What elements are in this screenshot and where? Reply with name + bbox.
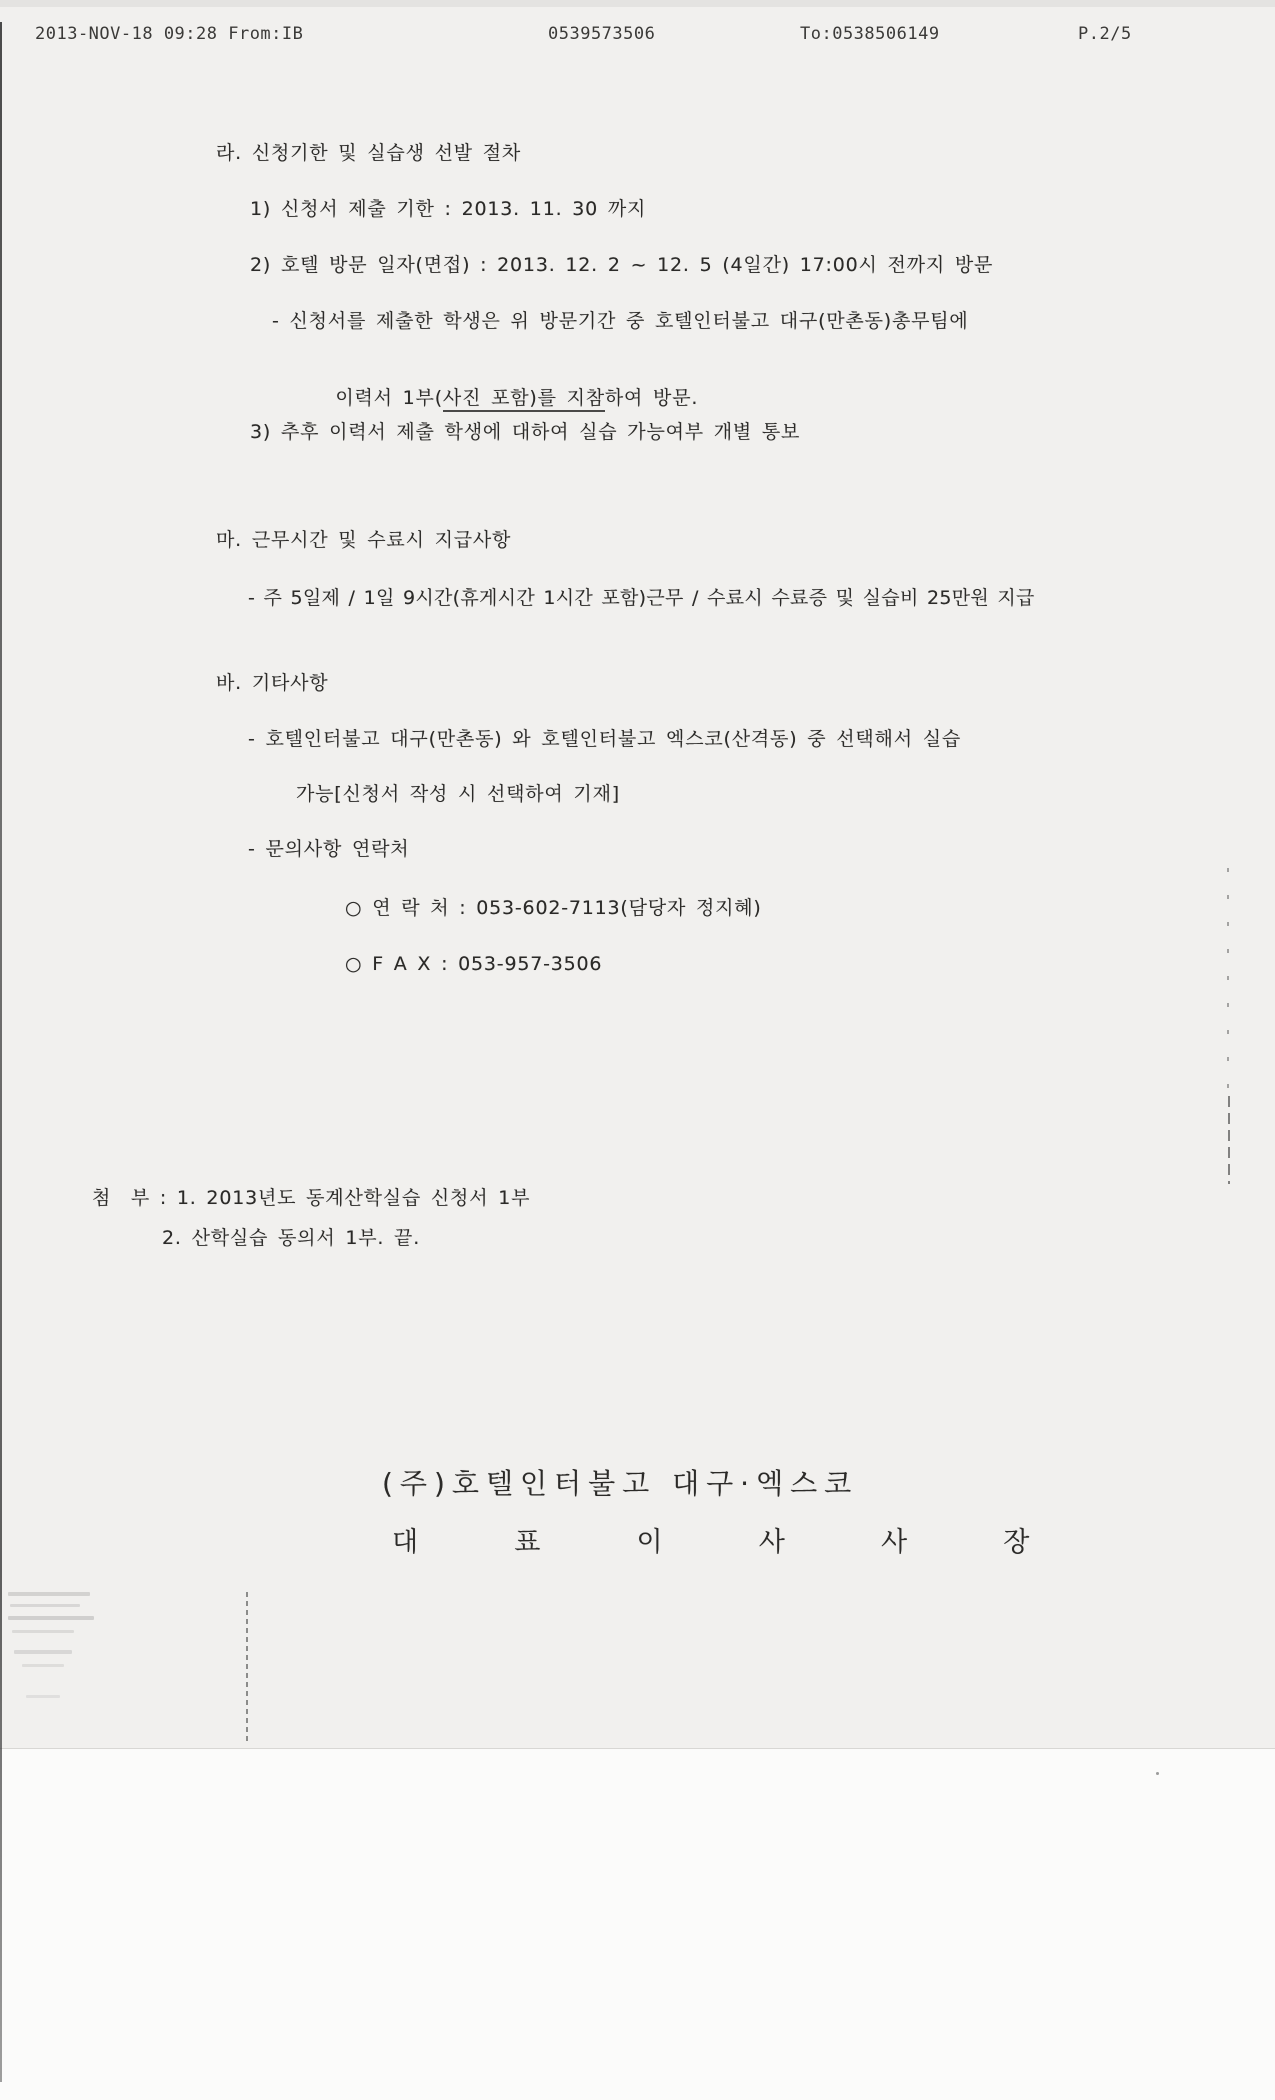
scan-artifact-left-edge	[0, 22, 2, 2082]
signature-ceo-title: 대 표 이 사 사 장	[392, 1520, 1030, 1559]
section-ba-heading: 바. 기타사항	[216, 668, 328, 695]
signature-company-name: (주)호텔인터불고 대구·엑스코	[382, 1462, 858, 1502]
fax-header-datetime-from: 2013-NOV-18 09:28 From:IB	[35, 24, 303, 44]
scan-artifact-smudge	[8, 1592, 90, 1596]
resume-note-underlined: 사진 포함)를 지참	[443, 387, 605, 412]
scan-artifact-smudge	[22, 1664, 64, 1667]
section-ba-item-1-line-2: 가능[신청서 작성 시 선택하여 기재]	[296, 779, 620, 806]
section-ra-item-3: 3) 추후 이력서 제출 학생에 대하여 실습 가능여부 개별 통보	[250, 417, 800, 444]
fax-transmission-header: 2013-NOV-18 09:28 From:IB 0539573506 To:…	[0, 24, 1275, 50]
contact-phone-line: ○ 연 락 처 : 053-602-7113(담당자 정지혜)	[345, 893, 762, 920]
scan-artifact-smudge	[12, 1630, 74, 1633]
attachment-line-2: 2. 산학실습 동의서 1부. 끝.	[162, 1223, 420, 1250]
section-ba-item-1-line-1: - 호텔인터불고 대구(만촌동) 와 호텔인터불고 엑스코(산격동) 중 선택해…	[248, 724, 961, 751]
resume-note-post: 하여 방문.	[605, 387, 698, 409]
scan-bottom-region	[0, 1748, 1275, 2100]
scan-top-band	[0, 0, 1275, 7]
scanned-fax-page: 2013-NOV-18 09:28 From:IB 0539573506 To:…	[0, 0, 1275, 2100]
fax-header-page-indicator: P.2/5	[1078, 24, 1132, 44]
scan-artifact-smudge	[26, 1695, 60, 1698]
attachment-line-1: 첨 부 : 1. 2013년도 동계산학실습 신청서 1부	[92, 1183, 530, 1210]
section-ra-item-1: 1) 신청서 제출 기한 : 2013. 11. 30 까지	[250, 194, 646, 221]
scan-artifact-speck	[1156, 1772, 1159, 1775]
section-ra-item-2: 2) 호텔 방문 일자(면접) : 2013. 12. 2 ~ 12. 5 (4…	[250, 250, 993, 277]
scan-artifact-smudge	[10, 1604, 80, 1607]
contact-fax-line: ○ F A X : 053-957-3506	[345, 953, 602, 975]
fax-header-to-number: To:0538506149	[800, 24, 940, 44]
scan-artifact-vertical-streak	[246, 1592, 248, 1744]
section-ma-item-1: - 주 5일제 / 1일 9시간(휴게시간 1시간 포함)근무 / 수료시 수료…	[248, 583, 1035, 610]
resume-note-pre: 이력서 1부(	[335, 387, 443, 409]
section-ba-item-2: - 문의사항 연락처	[248, 834, 409, 861]
fax-header-from-number: 0539573506	[548, 24, 655, 44]
section-ra-heading: 라. 신청기한 및 실습생 선발 절차	[216, 138, 521, 165]
scan-artifact-right-dashed-line	[1228, 1096, 1230, 1184]
scan-artifact-right-dotted-line	[1227, 868, 1229, 1096]
scan-artifact-smudge	[14, 1650, 72, 1654]
scan-artifact-smudge	[8, 1616, 94, 1620]
section-ra-item-2-note: - 신청서를 제출한 학생은 위 방문기간 중 호텔인터불고 대구(만촌동)총무…	[272, 306, 969, 333]
section-ma-heading: 마. 근무시간 및 수료시 지급사항	[216, 525, 511, 552]
